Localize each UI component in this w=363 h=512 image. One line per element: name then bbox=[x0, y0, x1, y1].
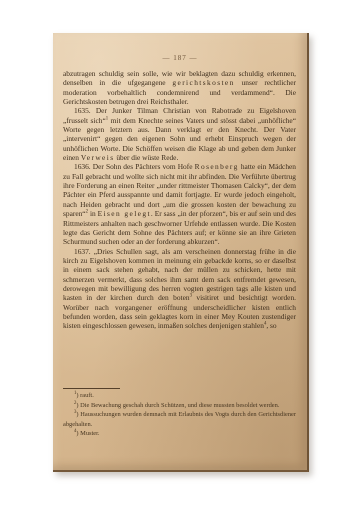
footnote: 3) Haussuchungen wurden demnach mit Erla… bbox=[63, 410, 296, 429]
text-run: 1636. Der Sohn des Pächters vom Hofe bbox=[74, 162, 195, 171]
text-run: ) rauft. bbox=[76, 392, 93, 399]
footnote: 4) Muster. bbox=[63, 429, 296, 439]
scanned-book-page: — 187 — abzutragen schuldig sein solle, … bbox=[53, 33, 309, 472]
text-run: über die wüste Rede. bbox=[114, 153, 178, 162]
paragraph: 1635. Der Junker Tilman Christian von Ra… bbox=[63, 106, 296, 162]
text-run: ) Die Bewachung geschah durch Schützen, … bbox=[76, 402, 279, 409]
footnote-separator bbox=[63, 388, 120, 389]
footnote: 1) rauft. bbox=[63, 391, 296, 401]
text-run: Rosenberg bbox=[195, 162, 239, 171]
page-number: — 187 — bbox=[53, 54, 307, 62]
text-run: gerichtskosten bbox=[172, 78, 234, 87]
text-run: ) Haussuchungen wurden demnach mit Erlau… bbox=[63, 411, 296, 428]
page-body-text: abzutragen schuldig sein solle, wie wir … bbox=[63, 69, 296, 331]
text-run: ) Muster. bbox=[76, 430, 99, 437]
text-run: in bbox=[88, 209, 98, 218]
footnotes: 1) rauft.2) Die Bewachung geschah durch … bbox=[63, 391, 296, 439]
text-run: Verweis bbox=[81, 153, 115, 162]
paragraph: 1637. „Dries Schullen sagt, als am versc… bbox=[63, 247, 296, 331]
text-run: , so bbox=[266, 321, 276, 330]
footnote: 2) Die Bewachung geschah durch Schützen,… bbox=[63, 401, 296, 411]
paragraph: 1636. Der Sohn des Pächters vom Hofe Ros… bbox=[63, 162, 296, 246]
text-run: Eisen gelegt bbox=[98, 209, 151, 218]
paragraph: abzutragen schuldig sein solle, wie wir … bbox=[63, 69, 296, 106]
